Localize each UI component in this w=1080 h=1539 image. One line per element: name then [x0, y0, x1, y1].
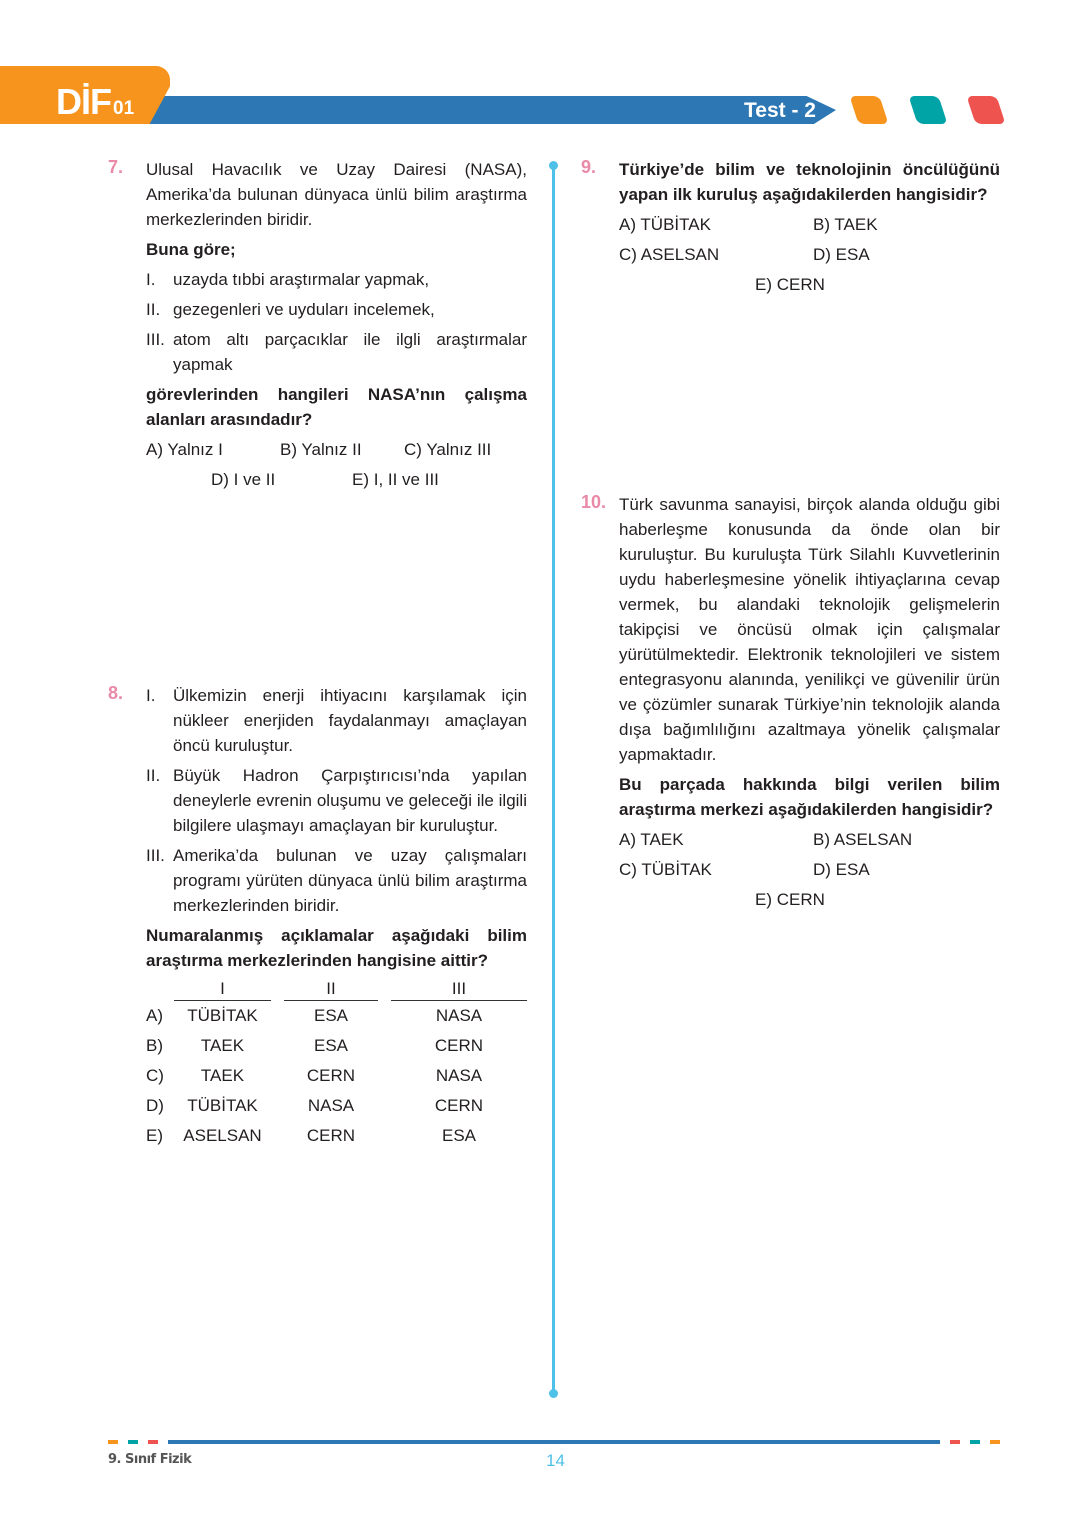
cell-i: TAEK — [174, 1031, 271, 1061]
cell-ii: NASA — [284, 1091, 378, 1121]
question-8-prompt: Numaralanmış açıklamalar aşağıdaki bilim… — [146, 923, 527, 973]
spacer — [378, 1031, 391, 1061]
choice-c[interactable]: C) ASELSAN — [619, 242, 813, 267]
question-8-item: II.Büyük Hadron Çarpıştırıcısı’nda yapıl… — [146, 763, 527, 838]
header-bar — [100, 96, 836, 124]
question-8-item: I.Ülkemizin enerji ihtiyacını karşılamak… — [146, 683, 527, 758]
spacer — [271, 1121, 284, 1151]
question-8-answer-table: I II III A)TÜBİTAKESANASAB)TAEKESACERNC)… — [146, 979, 527, 1151]
cell-ii: ESA — [284, 1031, 378, 1061]
question-10: Türk savunma sanayisi, birçok alanda old… — [619, 492, 1000, 912]
cell-iii: CERN — [391, 1091, 527, 1121]
spacer — [378, 1091, 391, 1121]
cell-ii: CERN — [284, 1061, 378, 1091]
teal-chip-icon — [908, 96, 947, 124]
question-7: Ulusal Havacılık ve Uzay Dairesi (NASA),… — [146, 157, 527, 492]
choice-b[interactable]: B) ASELSAN — [813, 827, 912, 852]
table-row[interactable]: D)TÜBİTAKNASACERN — [146, 1091, 527, 1121]
choice-e[interactable]: E) I, II ve III — [352, 467, 439, 492]
question-9: Türkiye’de bilim ve teknolojinin öncülüğ… — [619, 157, 1000, 297]
divider-top-dot-icon — [549, 161, 558, 170]
row-label: B) — [146, 1031, 174, 1061]
question-8-item: III.Amerika’da bulunan ve uzay çalışmala… — [146, 843, 527, 918]
question-8: I.Ülkemizin enerji ihtiyacını karşılamak… — [146, 683, 527, 1151]
cell-ii: ESA — [284, 1001, 378, 1031]
question-9-number: 9. — [581, 157, 596, 178]
spacer — [378, 1121, 391, 1151]
cell-i: TAEK — [174, 1061, 271, 1091]
choice-b[interactable]: B) Yalnız II — [280, 437, 404, 462]
question-10-choices-row-2: C) TÜBİTAK D) ESA — [619, 857, 1000, 882]
choice-e[interactable]: E) CERN — [755, 272, 825, 297]
table-header-ii: II — [284, 979, 378, 1001]
spacer — [378, 1001, 391, 1031]
row-label: E) — [146, 1121, 174, 1151]
question-10-stem: Türk savunma sanayisi, birçok alanda old… — [619, 492, 1000, 767]
table-header-i: I — [174, 979, 271, 1001]
divider-bottom-dot-icon — [549, 1389, 558, 1398]
orange-chip-icon — [849, 96, 888, 124]
logo-text: DİF — [56, 81, 111, 122]
footer-orange-dash — [990, 1440, 1000, 1444]
cell-iii: CERN — [391, 1031, 527, 1061]
table-header-iii: III — [391, 979, 527, 1001]
table-row[interactable]: A)TÜBİTAKESANASA — [146, 1001, 527, 1031]
question-9-prompt: Türkiye’de bilim ve teknolojinin öncülüğ… — [619, 157, 1000, 207]
question-10-choices-row-1: A) TAEK B) ASELSAN — [619, 827, 1000, 852]
question-7-item: I.uzayda tıbbi araştırmalar yapmak, — [146, 267, 527, 292]
question-9-choices-row-1: A) TÜBİTAK B) TAEK — [619, 212, 1000, 237]
question-7-number: 7. — [108, 157, 123, 178]
spacer — [378, 1061, 391, 1091]
cell-i: ASELSAN — [174, 1121, 271, 1151]
logo-number: 01 — [113, 98, 134, 119]
row-label: C) — [146, 1061, 174, 1091]
footer-red-dash — [148, 1440, 158, 1444]
question-9-choices-row-3: E) CERN — [619, 272, 1000, 297]
red-chip-icon — [966, 96, 1005, 124]
table-row[interactable]: E)ASELSANCERNESA — [146, 1121, 527, 1151]
spacer — [271, 1061, 284, 1091]
table-row[interactable]: C)TAEKCERNNASA — [146, 1061, 527, 1091]
test-label: Test - 2 — [744, 98, 816, 124]
page-number: 14 — [546, 1451, 565, 1471]
cell-i: TÜBİTAK — [174, 1091, 271, 1121]
question-10-choices-row-3: E) CERN — [619, 887, 1000, 912]
question-7-lead: Buna göre; — [146, 237, 527, 262]
question-7-item: III.atom altı parçacıklar ile ilgli araş… — [146, 327, 527, 377]
question-7-choices-row-2: D) I ve II E) I, II ve III — [146, 467, 527, 492]
row-label: A) — [146, 1001, 174, 1031]
question-7-prompt: görevlerinden hangileri NASA’nın çalışma… — [146, 382, 527, 432]
logo: DİF01 — [56, 82, 134, 129]
question-10-number: 10. — [581, 492, 606, 513]
choice-a[interactable]: A) TAEK — [619, 827, 813, 852]
table-header-row: I II III — [146, 979, 527, 1001]
spacer — [271, 1091, 284, 1121]
footer-line — [168, 1440, 940, 1444]
spacer — [271, 1031, 284, 1061]
cell-ii: CERN — [284, 1121, 378, 1151]
choice-d[interactable]: D) I ve II — [211, 467, 352, 492]
question-7-item: II.gezegenleri ve uyduları incelemek, — [146, 297, 527, 322]
choice-c[interactable]: C) Yalnız III — [404, 437, 491, 462]
question-7-stem: Ulusal Havacılık ve Uzay Dairesi (NASA),… — [146, 157, 527, 232]
cell-iii: ESA — [391, 1121, 527, 1151]
question-10-prompt: Bu parçada hakkında bilgi verilen bilim … — [619, 772, 1000, 822]
cell-iii: NASA — [391, 1061, 527, 1091]
choice-b[interactable]: B) TAEK — [813, 212, 878, 237]
footer-orange-dash — [108, 1440, 118, 1444]
choice-d[interactable]: D) ESA — [813, 857, 870, 882]
table-row[interactable]: B)TAEKESACERN — [146, 1031, 527, 1061]
choice-a[interactable]: A) TÜBİTAK — [619, 212, 813, 237]
choice-c[interactable]: C) TÜBİTAK — [619, 857, 813, 882]
question-7-choices-row-1: A) Yalnız I B) Yalnız II C) Yalnız III — [146, 437, 527, 462]
footer-teal-dash — [128, 1440, 138, 1444]
cell-iii: NASA — [391, 1001, 527, 1031]
footer-red-dash — [950, 1440, 960, 1444]
choice-a[interactable]: A) Yalnız I — [146, 437, 280, 462]
row-label: D) — [146, 1091, 174, 1121]
choice-e[interactable]: E) CERN — [755, 887, 825, 912]
question-8-number: 8. — [108, 683, 123, 704]
cell-i: TÜBİTAK — [174, 1001, 271, 1031]
footer-subject: 9. Sınıf Fizik — [108, 1452, 191, 1467]
column-divider — [552, 165, 555, 1395]
footer-teal-dash — [970, 1440, 980, 1444]
spacer — [271, 1001, 284, 1031]
question-9-choices-row-2: C) ASELSAN D) ESA — [619, 242, 1000, 267]
choice-d[interactable]: D) ESA — [813, 242, 870, 267]
